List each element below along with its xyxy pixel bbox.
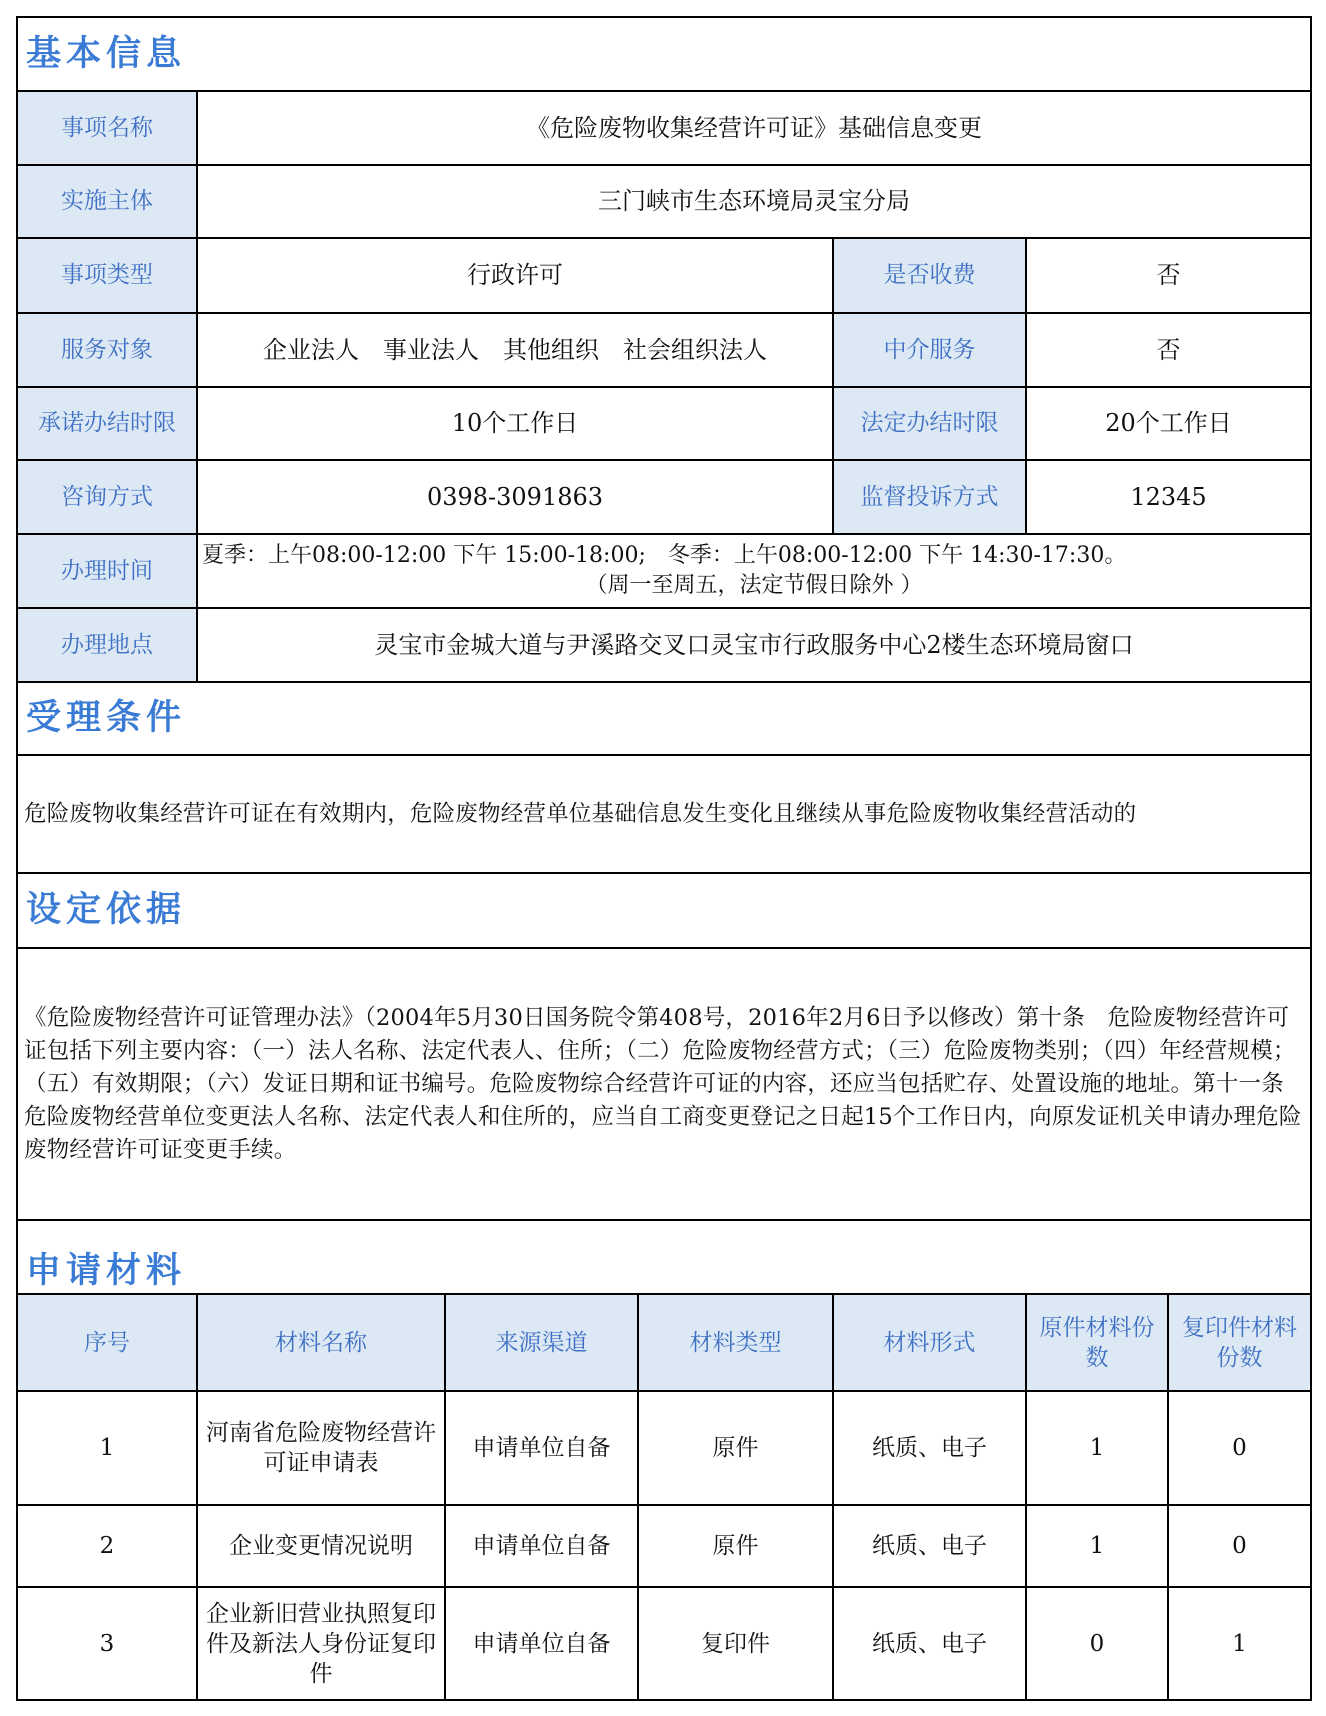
header-type: 材料类型 [638, 1294, 833, 1391]
section-conditions-row: 受理条件 [17, 682, 1311, 755]
material-name: 企业新旧营业执照复印件及新法人身份证复印件 [197, 1587, 445, 1700]
section-materials-row: 申请材料 [17, 1220, 1311, 1294]
service-guide-table: 基本信息 事项名称 《危险废物收集经营许可证》基础信息变更 实施主体 三门峡市生… [16, 16, 1312, 1701]
table-row: 1 河南省危险废物经营许可证申请表 申请单位自备 原件 纸质、电子 1 0 [17, 1391, 1311, 1505]
row-conditions-text: 危险废物收集经营许可证在有效期内，危险废物经营单位基础信息发生变化且继续从事危险… [17, 755, 1311, 873]
material-name: 企业变更情况说明 [197, 1505, 445, 1587]
material-copy-count: 1 [1168, 1587, 1311, 1700]
hours-line-2: （周一至周五，法定节假日除外 ） [202, 571, 1306, 601]
item-name-label: 事项名称 [17, 91, 197, 165]
service-guide-sheet: 基本信息 事项名称 《危险废物收集经营许可证》基础信息变更 实施主体 三门峡市生… [16, 16, 1310, 1701]
table-row: 2 企业变更情况说明 申请单位自备 原件 纸质、电子 1 0 [17, 1505, 1311, 1587]
material-source: 申请单位自备 [445, 1505, 638, 1587]
header-no: 序号 [17, 1294, 197, 1391]
intermediary-label: 中介服务 [833, 313, 1026, 387]
row-contact: 咨询方式 0398-3091863 监督投诉方式 12345 [17, 460, 1311, 534]
material-form: 纸质、电子 [833, 1587, 1026, 1700]
row-location: 办理地点 灵宝市金城大道与尹溪路交叉口灵宝市行政服务中心2楼生态环境局窗口 [17, 608, 1311, 682]
material-no: 1 [17, 1391, 197, 1505]
row-item-type: 事项类型 行政许可 是否收费 否 [17, 238, 1311, 313]
material-no: 2 [17, 1505, 197, 1587]
location-value: 灵宝市金城大道与尹溪路交叉口灵宝市行政服务中心2楼生态环境局窗口 [197, 608, 1311, 682]
material-copy-count: 0 [1168, 1505, 1311, 1587]
material-name: 河南省危险废物经营许可证申请表 [197, 1391, 445, 1505]
table-row: 3 企业新旧营业执照复印件及新法人身份证复印件 申请单位自备 复印件 纸质、电子… [17, 1587, 1311, 1700]
authority-value: 三门峡市生态环境局灵宝分局 [197, 165, 1311, 238]
hours-value: 夏季：上午08:00-12:00 下午 15:00-18:00; 冬季：上午08… [197, 534, 1311, 608]
header-source: 来源渠道 [445, 1294, 638, 1391]
section-title-basis: 设定依据 [17, 873, 1311, 948]
item-type-label: 事项类型 [17, 238, 197, 313]
hours-label: 办理时间 [17, 534, 197, 608]
material-original-count: 0 [1026, 1587, 1168, 1700]
material-original-count: 1 [1026, 1391, 1168, 1505]
location-label: 办理地点 [17, 608, 197, 682]
legal-time-label: 法定办结时限 [833, 387, 1026, 460]
service-target-label: 服务对象 [17, 313, 197, 387]
header-form: 材料形式 [833, 1294, 1026, 1391]
header-name: 材料名称 [197, 1294, 445, 1391]
authority-label: 实施主体 [17, 165, 197, 238]
material-form: 纸质、电子 [833, 1391, 1026, 1505]
materials-header-row: 序号 材料名称 来源渠道 材料类型 材料形式 原件材料份数 复印件材料份数 [17, 1294, 1311, 1391]
consult-value: 0398-3091863 [197, 460, 833, 534]
fee-value: 否 [1026, 238, 1311, 313]
service-target-value: 企业法人 事业法人 其他组织 社会组织法人 [197, 313, 833, 387]
row-service-target: 服务对象 企业法人 事业法人 其他组织 社会组织法人 中介服务 否 [17, 313, 1311, 387]
fee-label: 是否收费 [833, 238, 1026, 313]
conditions-text: 危险废物收集经营许可证在有效期内，危险废物经营单位基础信息发生变化且继续从事危险… [17, 755, 1311, 873]
material-type: 原件 [638, 1505, 833, 1587]
hours-line-1: 夏季：上午08:00-12:00 下午 15:00-18:00; 冬季：上午08… [202, 541, 1306, 571]
section-title-conditions: 受理条件 [17, 682, 1311, 755]
row-basis-text: 《危险废物经营许可证管理办法》（2004年5月30日国务院令第408号，2016… [17, 948, 1311, 1220]
row-item-name: 事项名称 《危险废物收集经营许可证》基础信息变更 [17, 91, 1311, 165]
consult-label: 咨询方式 [17, 460, 197, 534]
header-copy-count: 复印件材料份数 [1168, 1294, 1311, 1391]
row-hours: 办理时间 夏季：上午08:00-12:00 下午 15:00-18:00; 冬季… [17, 534, 1311, 608]
material-source: 申请单位自备 [445, 1587, 638, 1700]
complaint-value: 12345 [1026, 460, 1311, 534]
material-original-count: 1 [1026, 1505, 1168, 1587]
material-form: 纸质、电子 [833, 1505, 1026, 1587]
section-title-basic: 基本信息 [17, 17, 1311, 91]
promised-time-value: 10个工作日 [197, 387, 833, 460]
header-original-count: 原件材料份数 [1026, 1294, 1168, 1391]
section-basis-row: 设定依据 [17, 873, 1311, 948]
row-authority: 实施主体 三门峡市生态环境局灵宝分局 [17, 165, 1311, 238]
material-type: 复印件 [638, 1587, 833, 1700]
item-type-value: 行政许可 [197, 238, 833, 313]
legal-time-value: 20个工作日 [1026, 387, 1311, 460]
material-source: 申请单位自备 [445, 1391, 638, 1505]
row-time-limit: 承诺办结时限 10个工作日 法定办结时限 20个工作日 [17, 387, 1311, 460]
basis-text: 《危险废物经营许可证管理办法》（2004年5月30日国务院令第408号，2016… [17, 948, 1311, 1220]
complaint-label: 监督投诉方式 [833, 460, 1026, 534]
material-type: 原件 [638, 1391, 833, 1505]
material-no: 3 [17, 1587, 197, 1700]
item-name-value: 《危险废物收集经营许可证》基础信息变更 [197, 91, 1311, 165]
intermediary-value: 否 [1026, 313, 1311, 387]
section-title-materials: 申请材料 [17, 1220, 1311, 1294]
promised-time-label: 承诺办结时限 [17, 387, 197, 460]
section-basic-row: 基本信息 [17, 17, 1311, 91]
material-copy-count: 0 [1168, 1391, 1311, 1505]
